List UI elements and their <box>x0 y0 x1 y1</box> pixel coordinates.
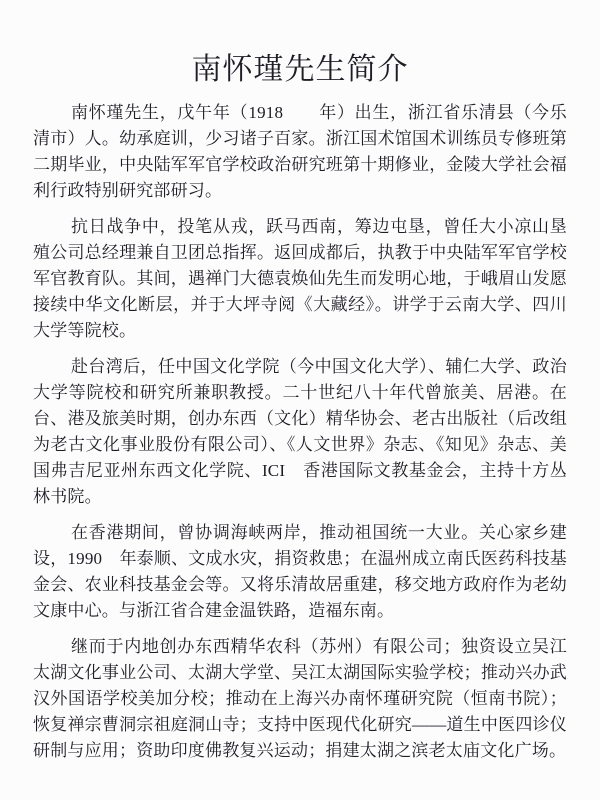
paragraph-war-years: 抗日战争中，投笔从戎，跃马西南，筹边屯垦，曾任大小凉山垦殖公司总经理兼自卫团总指… <box>33 214 567 344</box>
document-page: 南怀瑾先生简介 南怀瑾先生，戊午年（1918 年）出生，浙江省乐清县（今乐清市）… <box>0 0 600 800</box>
paragraph-mainland-period: 继而于内地创办东西精华农科（苏州）有限公司；独资设立吴江太湖文化事业公司、太湖大… <box>33 634 567 764</box>
document-title: 南怀瑾先生简介 <box>33 50 567 90</box>
paragraph-birth-education: 南怀瑾先生，戊午年（1918 年）出生，浙江省乐清县（今乐清市）人。幼承庭训，少… <box>33 100 567 204</box>
paragraph-hongkong-period: 在香港期间，曾协调海峡两岸，推动祖国统一大业。关心家乡建设，1990 年泰顺、文… <box>33 520 567 624</box>
paragraph-taiwan-period: 赴台湾后，任中国文化学院（今中国文化大学）、辅仁大学、政治大学等院校和研究所兼职… <box>33 354 567 510</box>
